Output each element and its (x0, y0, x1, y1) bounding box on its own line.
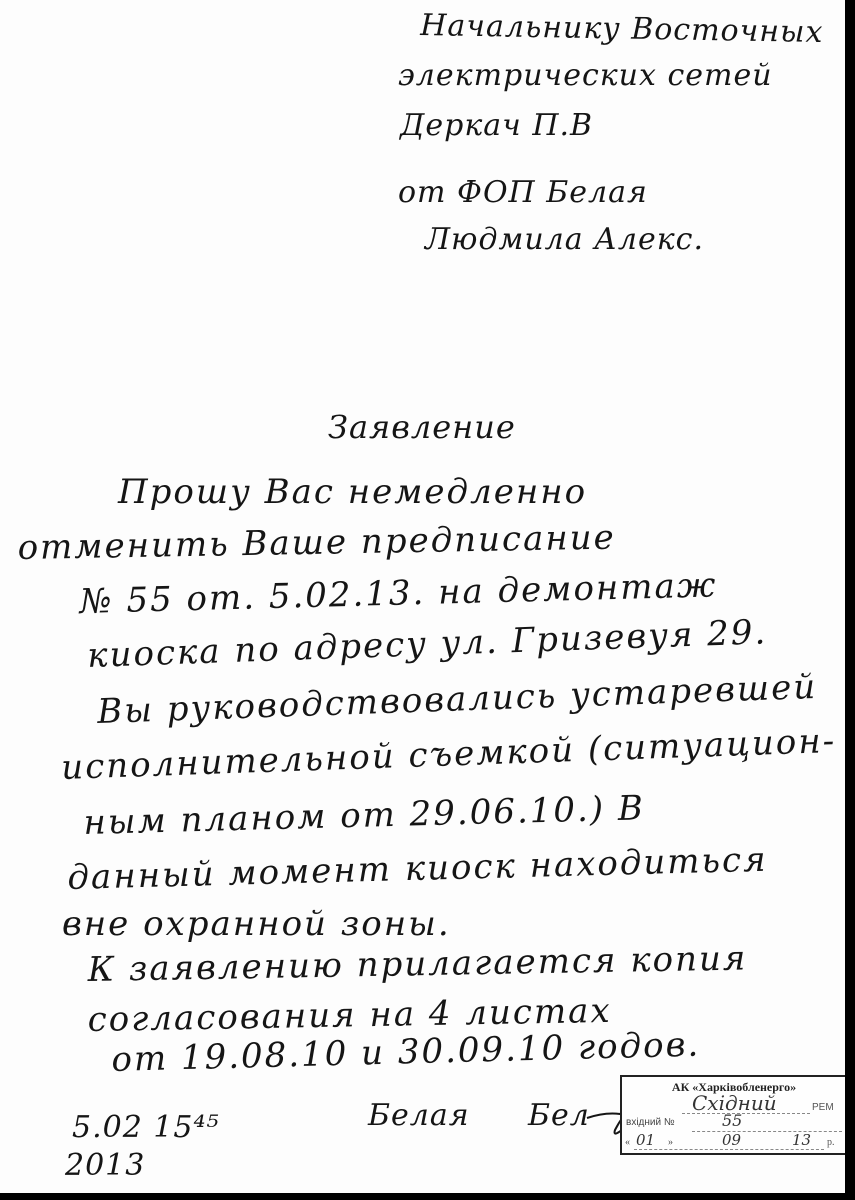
body-line-8: данный момент киоск находиться (67, 840, 768, 898)
stamp-year: 13 (792, 1131, 811, 1149)
stamp-date-line (634, 1149, 824, 1150)
body-line-10: К заявлению прилагается копия (87, 938, 747, 990)
addressee-line-1: Начальнику Восточных (420, 8, 824, 50)
stamp-date-open-quote: « (625, 1137, 630, 1148)
stamp-incoming-label: вхідний № (626, 1117, 675, 1128)
document-title: Заявление (328, 408, 516, 446)
stamp-year-suffix: р. (827, 1137, 835, 1148)
body-line-1: Прошу Вас немедленно (118, 472, 587, 512)
stamp-number-line (692, 1131, 842, 1132)
registration-stamp: АК «Харківобленерго» Східний РЕМ вхідний… (620, 1075, 846, 1155)
body-line-9: вне охранной зоны. (62, 904, 451, 944)
footer-date: 5.02 15⁴⁵ (72, 1110, 220, 1145)
stamp-day: 01 (636, 1131, 655, 1149)
stamp-month: 09 (722, 1131, 741, 1149)
addressee-line-3: Деркач П.В (400, 108, 593, 143)
body-line-6: исполнительной съемкой (ситуацион- (61, 721, 837, 788)
stamp-unit-suffix: РЕМ (812, 1102, 834, 1113)
addressee-line-4: от ФОП Белая (398, 175, 648, 210)
body-line-7: ным планом от 29.06.10.) В (83, 788, 645, 843)
scanner-edge-bottom (0, 1193, 855, 1200)
stamp-unit-line (682, 1113, 810, 1114)
addressee-line-2: электрических сетей (398, 58, 773, 93)
scanner-edge-right (845, 0, 855, 1200)
body-line-4: киоска по адресу ул. Гризевуя 29. (87, 612, 768, 676)
body-line-2: отменить Ваше предписание (17, 518, 616, 568)
body-line-5: Вы руководствовались устаревшей (97, 667, 818, 732)
stamp-date-close-quote: » (668, 1137, 673, 1148)
stamp-incoming-number: 55 (722, 1111, 742, 1130)
footer-name: Белая (368, 1098, 470, 1133)
scanned-page: Начальнику Восточных электрических сетей… (0, 0, 845, 1193)
footer-year: 2013 (65, 1148, 145, 1183)
footer-signature: Бел (528, 1098, 590, 1133)
addressee-line-5: Людмила Алекс. (425, 222, 704, 257)
body-line-3: № 55 от. 5.02.13. на демонтаж (79, 565, 718, 622)
